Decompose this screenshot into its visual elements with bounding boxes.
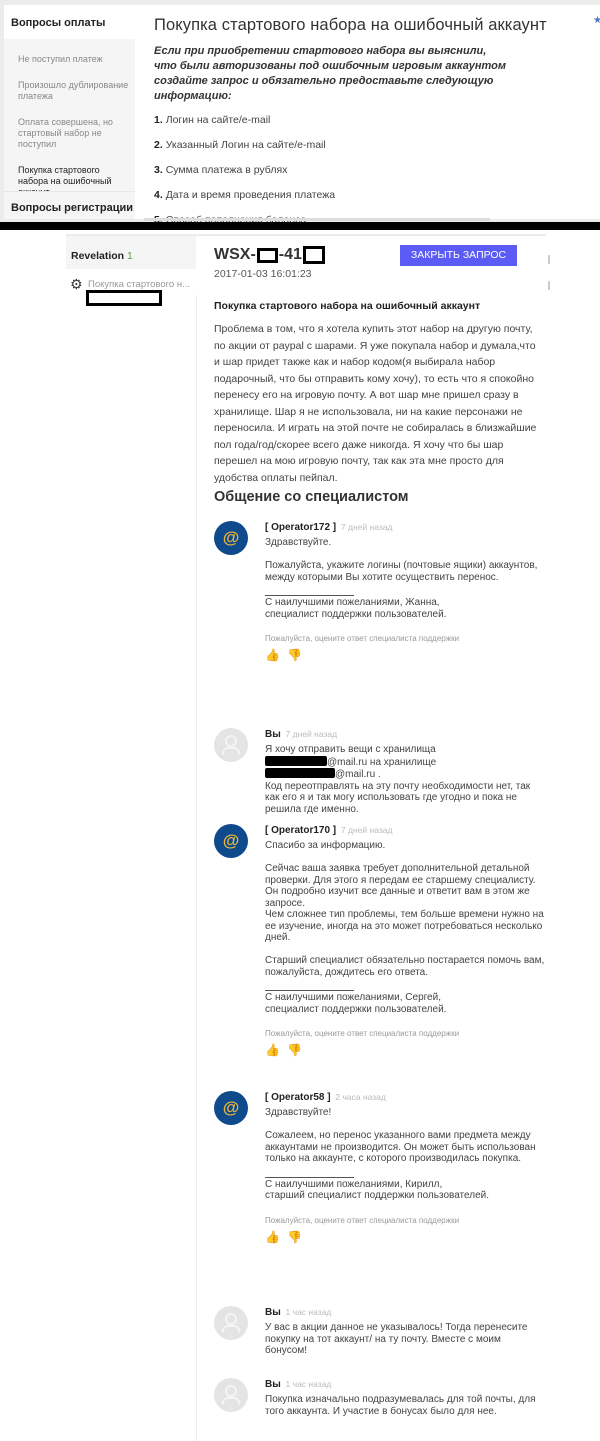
redacted-email bbox=[265, 768, 335, 778]
list-item: 1. Логин на сайте/e-mail bbox=[154, 114, 594, 139]
message-time: 7 дней назад bbox=[286, 729, 338, 739]
thumbs-down-icon[interactable]: 👎 bbox=[287, 1044, 301, 1057]
message-text: Покупка изначально подразумевалась для т… bbox=[265, 1394, 545, 1417]
message-body: Вы 1 час назад У вас в акции данное не у… bbox=[265, 1306, 545, 1357]
list-text: Указанный Логин на сайте/e-mail bbox=[166, 139, 326, 151]
column-divider bbox=[196, 295, 197, 1441]
faq-item-kit-not-received[interactable]: Оплата совершена, но стартовый набор не … bbox=[4, 117, 135, 150]
list-text: Дата и время проведения платежа bbox=[166, 189, 335, 201]
signature-divider bbox=[265, 990, 354, 991]
thumbs-up-icon[interactable]: 👍 bbox=[265, 649, 279, 662]
article-intro: Если при приобретении стартового набора … bbox=[154, 44, 509, 104]
message-body: Вы 7 дней назад Я хочу отправить вещи с … bbox=[265, 728, 545, 815]
sidebar-ticket-label: Покупка стартового н... bbox=[88, 279, 190, 290]
ticket-id-prefix: WSX- bbox=[214, 246, 256, 264]
message-line: @mail.ru на хранилище bbox=[265, 756, 545, 769]
rating-controls: 👍 👎 bbox=[265, 1044, 545, 1057]
ticket-description: Проблема в том, что я хотела купить этот… bbox=[214, 321, 544, 486]
article-title: Покупка стартового набора на ошибочный а… bbox=[154, 16, 594, 35]
message-body: [ Operator170 ] 7 дней назад Спасибо за … bbox=[265, 824, 545, 1057]
avatar-head-shape bbox=[225, 1313, 237, 1325]
user-avatar bbox=[214, 1378, 248, 1412]
help-article-card: Вопросы оплаты Не поступил платеж Произо… bbox=[4, 5, 600, 219]
message-author: Вы bbox=[265, 1307, 281, 1318]
message-header: Вы 1 час назад bbox=[265, 1378, 545, 1391]
user-avatar bbox=[214, 728, 248, 762]
ticket-count: 1 bbox=[127, 250, 133, 262]
message-text: У вас в акции данное не указывалось! Тог… bbox=[265, 1322, 545, 1357]
ticket-id: WSX- -41 bbox=[214, 246, 326, 264]
list-number: 2. bbox=[154, 139, 163, 151]
sidebar-ticket-item[interactable]: ⚙ Покупка стартового н... bbox=[66, 278, 196, 290]
rating-controls: 👍 👎 bbox=[265, 649, 545, 662]
message-time: 7 дней назад bbox=[341, 522, 393, 532]
message-body: [ Operator58 ] 2 часа назад Здравствуйте… bbox=[265, 1091, 545, 1244]
message-line: Код переотправлять на эту почту необходи… bbox=[265, 781, 545, 816]
message-header: [ Operator170 ] 7 дней назад bbox=[265, 824, 545, 837]
gear-icon: ⚙ bbox=[70, 278, 82, 290]
rate-prompt: Пожалуйста, оцените ответ специалиста по… bbox=[265, 1029, 545, 1038]
message-time: 2 часа назад bbox=[335, 1092, 386, 1102]
project-header[interactable]: Revelation 1 bbox=[66, 236, 196, 269]
redacted-box bbox=[86, 290, 162, 306]
project-name: Revelation bbox=[71, 250, 124, 262]
list-number: 3. bbox=[154, 164, 163, 176]
redacted-email bbox=[265, 756, 327, 766]
chat-section-title: Общение со специалистом bbox=[214, 489, 409, 505]
list-text: Логин на сайте/e-mail bbox=[166, 114, 271, 126]
ticket-id-mid: -41 bbox=[279, 246, 302, 264]
message-time: 7 дней назад bbox=[341, 825, 393, 835]
avatar-body-shape bbox=[222, 1397, 240, 1405]
avatar-body-shape bbox=[222, 1325, 240, 1333]
list-number: 1. bbox=[154, 114, 163, 126]
avatar-head-shape bbox=[225, 735, 237, 747]
signature-divider bbox=[265, 1177, 354, 1178]
star-icon[interactable]: ★ bbox=[593, 15, 600, 26]
operator-avatar: @ bbox=[214, 1091, 248, 1125]
message-time: 1 час назад bbox=[286, 1307, 332, 1317]
message-line-text: @mail.ru на хранилище bbox=[327, 757, 436, 768]
user-avatar bbox=[214, 1306, 248, 1340]
message-line-text: @mail.ru . bbox=[335, 769, 381, 780]
horizontal-scrollbar[interactable] bbox=[144, 218, 490, 221]
rate-prompt: Пожалуйста, оцените ответ специалиста по… bbox=[265, 634, 545, 643]
operator-avatar: @ bbox=[214, 521, 248, 555]
message-line: Я хочу отправить вещи с хранилища bbox=[265, 744, 545, 756]
message-body: Вы 1 час назад Покупка изначально подраз… bbox=[265, 1378, 545, 1417]
faq-section-registration[interactable]: Вопросы регистрации bbox=[4, 191, 135, 219]
message-text: Я хочу отправить вещи с хранилища @mail.… bbox=[265, 744, 545, 815]
redacted-box bbox=[303, 246, 325, 264]
signature-divider bbox=[265, 595, 354, 596]
ticket-date: 2017-01-03 16:01:23 bbox=[214, 268, 312, 280]
rate-prompt: Пожалуйста, оцените ответ специалиста по… bbox=[265, 1216, 545, 1225]
operator-avatar: @ bbox=[214, 824, 248, 858]
message-author: [ Operator172 ] bbox=[265, 522, 336, 533]
faq-section-payment[interactable]: Вопросы оплаты bbox=[4, 5, 135, 39]
list-text: Сумма платежа в рублях bbox=[166, 164, 288, 176]
avatar-head-shape bbox=[225, 1385, 237, 1397]
message-text: Здравствуйте! Сожалеем, но перенос указа… bbox=[265, 1107, 545, 1165]
close-ticket-button[interactable]: ЗАКРЫТЬ ЗАПРОС bbox=[400, 245, 517, 266]
message-signature: С наилучшими пожеланиями, Сергей, специа… bbox=[265, 992, 545, 1015]
faq-item-duplicate-payment[interactable]: Произошло дублирование платежа bbox=[4, 80, 135, 102]
message-author: [ Operator58 ] bbox=[265, 1092, 331, 1103]
message-time: 1 час назад bbox=[286, 1379, 332, 1389]
clipped-edge-marks: ᛁᛁ bbox=[546, 248, 552, 300]
message-text: Здравствуйте. Пожалуйста, укажите логины… bbox=[265, 537, 545, 583]
rating-controls: 👍 👎 bbox=[265, 1231, 545, 1244]
message-text: Спасибо за информацию. Сейчас ваша заявк… bbox=[265, 840, 545, 978]
list-item: 3. Сумма платежа в рублях bbox=[154, 164, 594, 189]
message-author: Вы bbox=[265, 1379, 281, 1390]
message-signature: С наилучшими пожеланиями, Кирилл, старши… bbox=[265, 1179, 545, 1202]
thumbs-down-icon[interactable]: 👎 bbox=[287, 1231, 301, 1244]
message-header: Вы 7 дней назад bbox=[265, 728, 545, 741]
message-header: [ Operator58 ] 2 часа назад bbox=[265, 1091, 545, 1104]
message-author: [ Operator170 ] bbox=[265, 825, 336, 836]
message-header: [ Operator172 ] 7 дней назад bbox=[265, 521, 545, 534]
thumbs-down-icon[interactable]: 👎 bbox=[287, 649, 301, 662]
list-item: 2. Указанный Логин на сайте/e-mail bbox=[154, 139, 594, 164]
thumbs-up-icon[interactable]: 👍 bbox=[265, 1231, 279, 1244]
message-body: [ Operator172 ] 7 дней назад Здравствуйт… bbox=[265, 521, 545, 662]
message-header: Вы 1 час назад bbox=[265, 1306, 545, 1319]
message-line: @mail.ru . bbox=[265, 768, 545, 781]
avatar-body-shape bbox=[222, 747, 240, 755]
list-item: 4. Дата и время проведения платежа bbox=[154, 189, 594, 214]
screenshot-divider bbox=[0, 222, 600, 230]
faq-item-payment-not-received[interactable]: Не поступил платеж bbox=[4, 54, 135, 65]
faq-sidebar: Вопросы оплаты Не поступил платеж Произо… bbox=[4, 5, 135, 219]
redacted-box bbox=[257, 248, 278, 263]
help-article-panel: Вопросы оплаты Не поступил платеж Произо… bbox=[0, 0, 600, 222]
message-signature: С наилучшими пожеланиями, Жанна, специал… bbox=[265, 597, 545, 620]
list-number: 4. bbox=[154, 189, 163, 201]
thumbs-up-icon[interactable]: 👍 bbox=[265, 1044, 279, 1057]
article-content: Покупка стартового набора на ошибочный а… bbox=[154, 5, 594, 239]
ticket-subject: Покупка стартового набора на ошибочный а… bbox=[214, 300, 480, 312]
message-author: Вы bbox=[265, 729, 281, 740]
